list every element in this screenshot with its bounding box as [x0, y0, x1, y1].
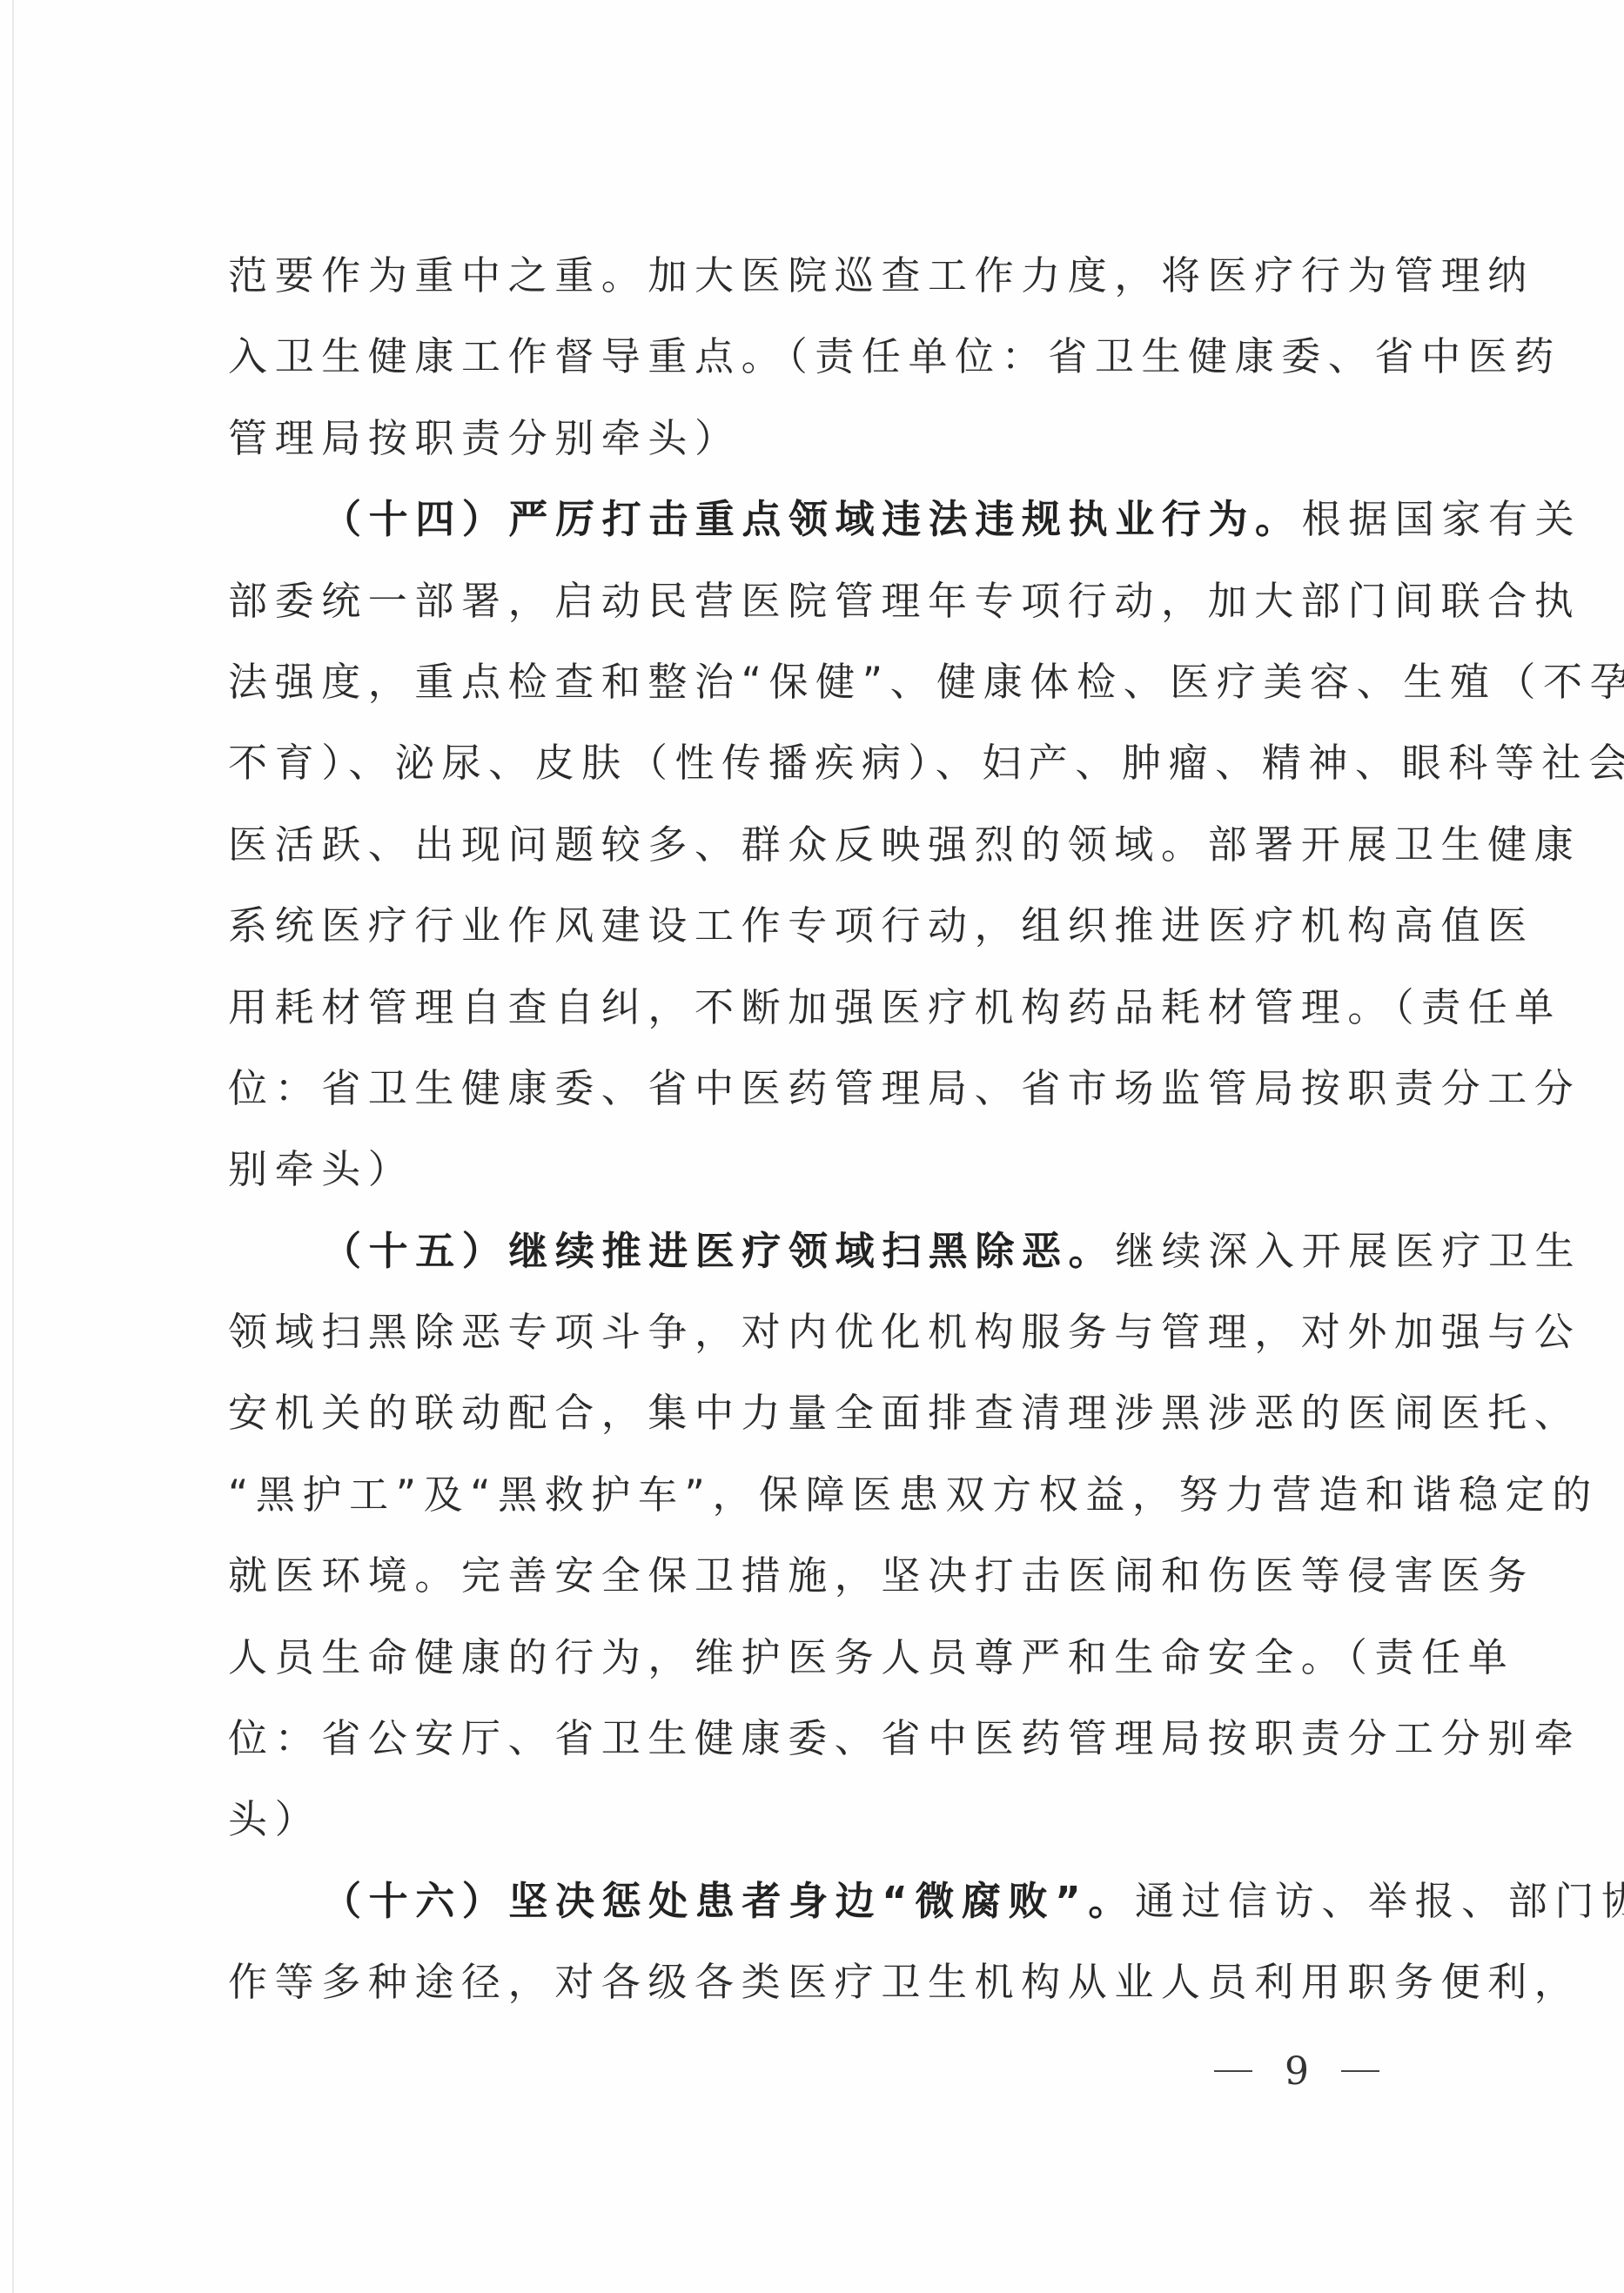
paragraph-first-line: （十六）坚决惩处患者身边“微腐败”。通过信访、举报、部门协	[228, 1861, 1416, 1941]
dash-right	[1341, 2070, 1379, 2072]
text-line: 范要作为重中之重。加大医院巡查工作力度，将医疗行为管理纳	[228, 235, 1416, 316]
text-line: 医活跃、出现问题较多、群众反映强烈的领域。部署开展卫生健康	[228, 804, 1416, 885]
text-line: 领域扫黑除恶专项斗争，对内优化机构服务与管理，对外加强与公	[228, 1291, 1416, 1372]
text-line: 人员生命健康的行为，维护医务人员尊严和生命安全。（责任单	[228, 1617, 1416, 1698]
section-heading-15: （十五）继续推进医疗领域扫黑除恶。	[322, 1228, 1115, 1274]
text-line: 作等多种途径，对各级各类医疗卫生机构从业人员利用职务便利，	[228, 1941, 1416, 2022]
text-line: “黑护工”及“黑救护车”，保障医患双方权益，努力营造和谐稳定的	[228, 1454, 1416, 1535]
document-page: 范要作为重中之重。加大医院巡查工作力度，将医疗行为管理纳 入卫生健康工作督导重点…	[0, 0, 1624, 2293]
document-body: 范要作为重中之重。加大医院巡查工作力度，将医疗行为管理纳 入卫生健康工作督导重点…	[228, 235, 1416, 2023]
text-line: 入卫生健康工作督导重点。（责任单位：省卫生健康委、省中医药	[228, 316, 1416, 397]
page-number-value: 9	[1285, 2049, 1309, 2094]
text-line: 部委统一部署，启动民营医院管理年专项行动，加大部门间联合执	[228, 560, 1416, 641]
text-line: 法强度，重点检查和整治“保健”、健康体检、医疗美容、生殖（不孕	[228, 641, 1416, 722]
text-run: 通过信访、举报、部门协	[1135, 1878, 1624, 1924]
text-line: 用耗材管理自查自纠，不断加强医疗机构药品耗材管理。（责任单	[228, 967, 1416, 1048]
scan-edge-artifact	[12, 0, 14, 2293]
text-line: 系统医疗行业作风建设工作专项行动，组织推进医疗机构高值医	[228, 885, 1416, 966]
paragraph-first-line: （十四）严厉打击重点领域违法违规执业行为。根据国家有关	[228, 479, 1416, 560]
text-line: 位：省公安厅、省卫生健康委、省中医药管理局按职责分工分别牵	[228, 1698, 1416, 1779]
text-line: 管理局按职责分别牵头）	[228, 398, 1416, 479]
page-number: 9	[1214, 2045, 1379, 2097]
text-run: 继续深入开展医疗卫生	[1115, 1228, 1581, 1274]
section-heading-16: （十六）坚决惩处患者身边“微腐败”。	[322, 1878, 1135, 1924]
text-line: 不育）、泌尿、皮肤（性传播疾病）、妇产、肿瘤、精神、眼科等社会办	[228, 722, 1416, 803]
text-line: 头）	[228, 1779, 1416, 1860]
text-line: 位：省卫生健康委、省中医药管理局、省市场监管局按职责分工分	[228, 1048, 1416, 1129]
section-heading-14: （十四）严厉打击重点领域违法违规执业行为。	[322, 496, 1302, 542]
paragraph-first-line: （十五）继续推进医疗领域扫黑除恶。继续深入开展医疗卫生	[228, 1210, 1416, 1291]
text-line: 别牵头）	[228, 1129, 1416, 1210]
text-line: 就医环境。完善安全保卫措施，坚决打击医闹和伤医等侵害医务	[228, 1535, 1416, 1616]
text-run: 根据国家有关	[1302, 496, 1582, 542]
text-line: 安机关的联动配合，集中力量全面排查清理涉黑涉恶的医闹医托、	[228, 1372, 1416, 1453]
dash-left	[1214, 2070, 1252, 2072]
